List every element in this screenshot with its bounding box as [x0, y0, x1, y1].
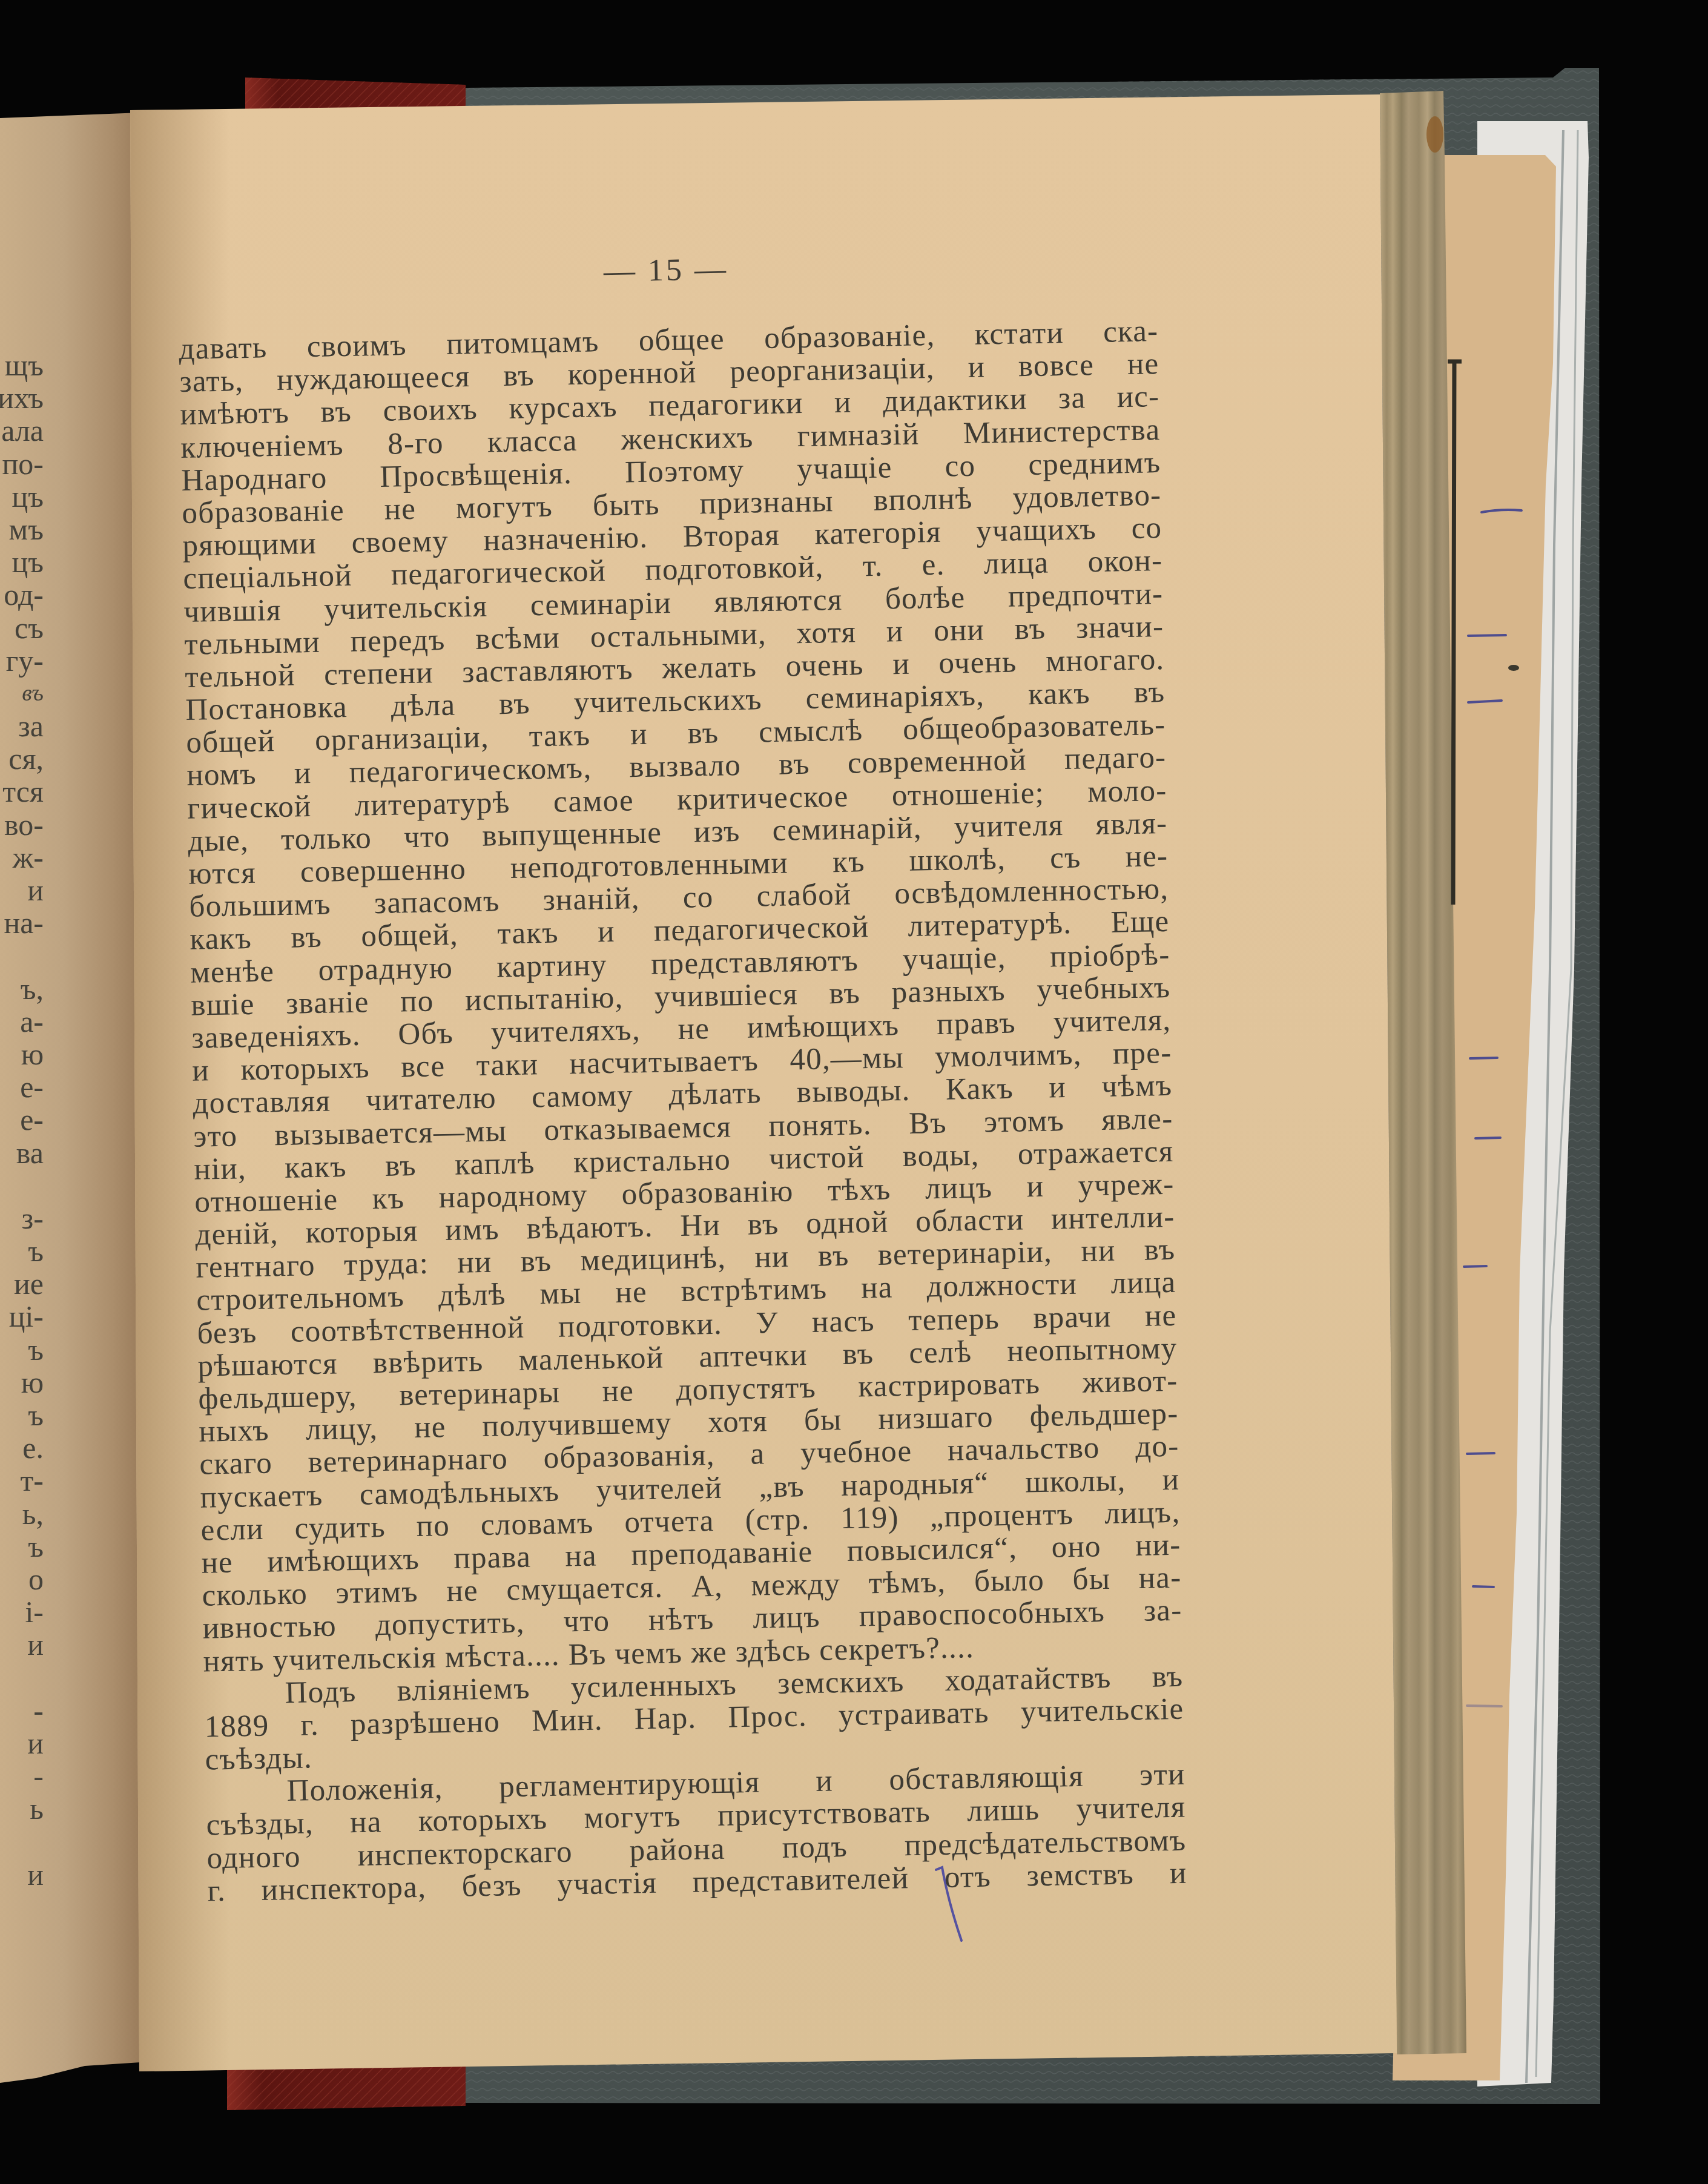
left-page-fragment: е- [0, 1103, 44, 1136]
left-page-fragment: е. [0, 1431, 44, 1464]
left-page-fragment: за [0, 710, 44, 742]
left-page-text-fragments: щъ ихъ ала по- цъ мъ цъ од- съ гу- въ за… [0, 349, 44, 1891]
ink-dot [1508, 665, 1519, 671]
left-page-fragment: ь, [0, 1497, 44, 1530]
left-page-fragment: въ [0, 677, 44, 710]
left-page-fragment: и [0, 1628, 44, 1661]
left-page-fragment: е- [0, 1071, 44, 1103]
left-page-fragment: т- [0, 1464, 44, 1497]
left-page-fragment: ъ, [0, 972, 44, 1005]
left-page-fragment: съ [0, 612, 44, 644]
left-page-fragment: - [0, 1760, 44, 1792]
left-page-fragment [0, 1661, 44, 1694]
left-page-fragment: о [0, 1563, 44, 1595]
page-body-text: давать своимъ питомцамъ общее образовані… [179, 315, 1187, 1907]
left-page-fragment: і- [0, 1595, 44, 1628]
left-page-fragment [0, 939, 44, 972]
left-page-fragment: и [0, 1858, 44, 1891]
left-page-fragment: мъ [0, 513, 44, 546]
left-page-fragment [0, 1169, 44, 1202]
red-cover-bottom-texture [227, 2065, 466, 2110]
left-page-fragment: цъ [0, 480, 44, 513]
left-page-fragment: - [0, 1694, 44, 1727]
left-page-fragment: на- [0, 906, 44, 939]
left-page-fragment: ъ [0, 1333, 44, 1366]
fore-edge-stain [1426, 116, 1443, 153]
left-page-fragment: ъ [0, 1530, 44, 1563]
left-page-fragment: ці- [0, 1300, 44, 1333]
page-number: — 15 — [575, 251, 757, 291]
left-page-fragment: ь [0, 1792, 44, 1825]
left-page-fragment: з- [0, 1202, 44, 1235]
left-page-fragment: ва [0, 1137, 44, 1169]
left-page-fragment: а- [0, 1005, 44, 1038]
left-page-fragment: ж- [0, 841, 44, 874]
left-page-fragment: по- [0, 447, 44, 480]
left-page-fragment: и [0, 874, 44, 906]
left-page-fragment: ъ [0, 1235, 44, 1267]
left-page-fragment: ю [0, 1366, 44, 1399]
left-page-fragment: од- [0, 578, 44, 611]
left-page-fragment: ся, [0, 742, 44, 775]
left-page-fragment: и [0, 1727, 44, 1760]
left-page-fragment: во- [0, 808, 44, 841]
left-page-fragment: тся [0, 775, 44, 808]
left-page-fragment: ихъ [0, 381, 44, 414]
left-page-fragment [0, 1825, 44, 1858]
left-page-fragment: гу- [0, 644, 44, 677]
left-page-fragment: щъ [0, 349, 44, 381]
left-page-fragment: ю [0, 1038, 44, 1071]
left-page-fragment: ъ [0, 1399, 44, 1431]
left-page-fragment: ала [0, 414, 44, 447]
left-page-fragment: ие [0, 1267, 44, 1300]
left-page-fragment: цъ [0, 546, 44, 578]
